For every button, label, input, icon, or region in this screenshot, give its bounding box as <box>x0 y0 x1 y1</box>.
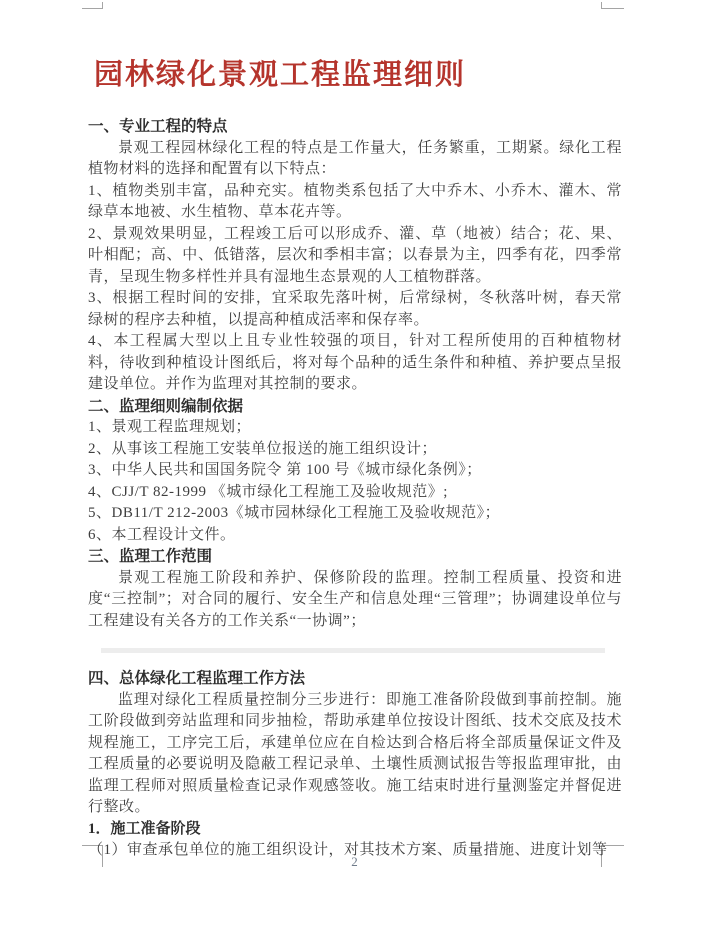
paragraph: 4、CJJ/T 82-1999 《城市绿化工程施工及验收规范》; <box>88 482 622 504</box>
section-heading-4: 四、总体绿化工程监理工作方法 <box>88 668 622 690</box>
document-body: 园林绿化景观工程监理细则 一、专业工程的特点 景观工程园林绿化工程的特点是工作量… <box>88 56 622 862</box>
section-heading-3: 三、监理工作范围 <box>88 546 622 568</box>
paragraph: 监理对绿化工程质量控制分三步进行：即施工准备阶段做到事前控制。施工阶段做到旁站监… <box>88 690 622 819</box>
paragraph: 景观工程施工阶段和养护、保修阶段的监理。控制工程质量、投资和进度“三控制”；对合… <box>88 568 622 633</box>
section-heading-1: 一、专业工程的特点 <box>88 116 622 138</box>
text-boundary-mark-top-left <box>82 2 103 9</box>
paragraph: 3、中华人民共和国国务院令 第 100 号《城市绿化条例》； <box>88 460 622 482</box>
text-boundary-mark-top-right <box>601 2 624 9</box>
subsection-heading: 1．施工准备阶段 <box>88 819 622 841</box>
section-divider <box>101 648 605 653</box>
section-heading-2: 二、监理细则编制依据 <box>88 396 622 418</box>
paragraph: 6、本工程设计文件。 <box>88 525 622 547</box>
page-number: 2 <box>0 854 709 870</box>
document-page: 园林绿化景观工程监理细则 一、专业工程的特点 景观工程园林绿化工程的特点是工作量… <box>0 0 709 930</box>
paragraph: 2、景观效果明显，工程竣工后可以形成乔、灌、草（地被）结合；花、果、叶相配；高、… <box>88 224 622 289</box>
paragraph: 1、植物类别丰富，品种充实。植物类系包括了大中乔木、小乔木、灌木、常绿草本地被、… <box>88 181 622 224</box>
paragraph: 4、本工程属大型以上且专业性较强的项目，针对工程所使用的百种植物材料，待收到种植… <box>88 331 622 396</box>
paragraph: 1、景观工程监理规划； <box>88 417 622 439</box>
paragraph: 5、DB11/T 212-2003《城市园林绿化工程施工及验收规范》； <box>88 503 622 525</box>
paragraph: 3、根据工程时间的安排，宜采取先落叶树，后常绿树，冬秋落叶树，春天常绿树的程序去… <box>88 288 622 331</box>
paragraph: 2、从事该工程施工安装单位报送的施工组织设计； <box>88 439 622 461</box>
paragraph: 景观工程园林绿化工程的特点是工作量大，任务繁重，工期紧。绿化工程植物材料的选择和… <box>88 138 622 181</box>
document-title: 园林绿化景观工程监理细则 <box>94 56 622 94</box>
